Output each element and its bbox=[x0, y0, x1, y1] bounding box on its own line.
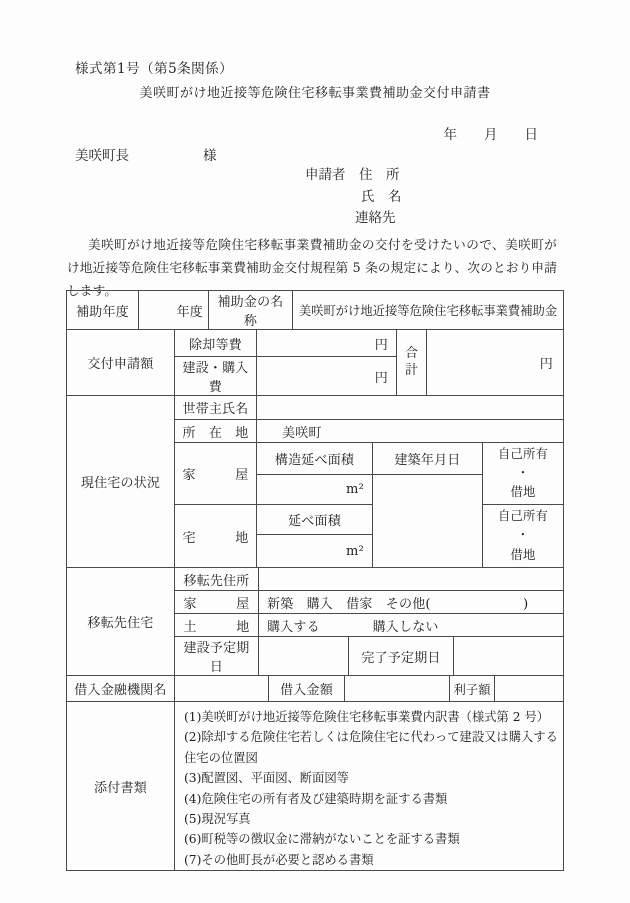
attachment-item: (6)町税等の徴収金に滞納がないことを証する書類 bbox=[184, 829, 561, 849]
attachments-content-cell: (1)美咲町がけ地近接等危険住宅移転事業費内訳書（様式第 2 号） (2)除却す… bbox=[175, 702, 564, 871]
relocation-land-options-cell: 購入する 購入しない bbox=[259, 614, 564, 637]
subsidy-year-label-cell: 補助年度 bbox=[67, 291, 139, 330]
total-label-cell: 合計 bbox=[397, 330, 427, 396]
build-date-label-cell: 建築年月日 bbox=[373, 443, 483, 475]
build-date-value-cell bbox=[373, 475, 483, 568]
application-amount-label-cell: 交付申請額 bbox=[67, 330, 175, 396]
attachment-item: (5)現況写真 bbox=[184, 809, 561, 829]
relocation-land-label-cell: 土 地 bbox=[175, 614, 259, 637]
attachment-item: (2)除却する危険住宅若しくは危険住宅に代わって建設又は購入する住宅の位置図 bbox=[184, 727, 561, 768]
applicant-contact-label: 連絡先 bbox=[355, 208, 402, 230]
application-amount-table: 交付申請額 除却等費 円 合計 円 建設・購入費 円 bbox=[66, 329, 564, 396]
applicant-address-label: 申請者 住 所 bbox=[305, 165, 402, 187]
form-number: 様式第1号（第5条関係） bbox=[75, 57, 233, 77]
completion-date-label-cell: 完了予定期日 bbox=[349, 637, 454, 676]
loan-amount-value-cell bbox=[345, 676, 450, 702]
location-label-cell: 所 在 地 bbox=[175, 420, 257, 443]
attachments-table: 添付書類 (1)美咲町がけ地近接等危険住宅移転事業費内訳書（様式第 2 号） (… bbox=[66, 701, 564, 871]
completion-date-value-cell bbox=[454, 637, 564, 676]
structure-area-value-cell: m² bbox=[257, 475, 373, 505]
applicant-name-label: 氏 名 bbox=[361, 187, 402, 209]
relocation-address-label-cell: 移転先住所 bbox=[175, 568, 259, 591]
total-label-vertical: 合計 bbox=[405, 346, 418, 379]
addressee-line: 美咲町長様 bbox=[75, 144, 217, 164]
householder-label-cell: 世帯主氏名 bbox=[175, 396, 257, 420]
date-line: 年 月 日 bbox=[444, 123, 539, 143]
removal-cost-label-cell: 除却等費 bbox=[175, 330, 257, 357]
relocation-label-cell: 移転先住宅 bbox=[67, 568, 175, 676]
loan-institution-value-cell bbox=[175, 676, 269, 702]
subsidy-name-value-cell: 美咲町がけ地近接等危険住宅移転事業費補助金 bbox=[293, 291, 564, 330]
attachments-label-cell: 添付書類 bbox=[67, 702, 175, 871]
total-value-cell: 円 bbox=[427, 330, 564, 396]
relocation-table: 移転先住宅 移転先住所 家 屋 新築 購入 借家 その他( ) 土 地 購入する… bbox=[66, 567, 564, 676]
subsidy-year-table: 補助年度 年度 補助金の名称 美咲町がけ地近接等危険住宅移転事業費補助金 bbox=[66, 290, 564, 330]
structure-area-label-cell: 構造延べ面積 bbox=[257, 443, 373, 475]
loan-amount-label-cell: 借入金額 bbox=[269, 676, 345, 702]
house-label-cell: 家 屋 bbox=[175, 443, 257, 505]
current-house-table: 現住宅の状況 世帯主氏名 所 在 地 美咲町 家 屋 構造延べ面積 建築年月日 … bbox=[66, 395, 564, 568]
document-title: 美咲町がけ地近接等危険住宅移転事業費補助金交付申請書 bbox=[0, 82, 630, 101]
construction-date-value-cell bbox=[259, 637, 349, 676]
addressee-honorific: 様 bbox=[203, 148, 217, 164]
house-ownership-cell: 自己所有 ・ 借地 bbox=[483, 443, 564, 505]
relocation-house-label-cell: 家 屋 bbox=[175, 591, 259, 614]
location-value-cell: 美咲町 bbox=[257, 420, 564, 443]
loan-interest-label-cell: 利子額 bbox=[450, 676, 495, 702]
addressee: 美咲町長 bbox=[75, 148, 129, 164]
application-table: 補助年度 年度 補助金の名称 美咲町がけ地近接等危険住宅移転事業費補助金 交付申… bbox=[66, 290, 564, 871]
attachment-item: (1)美咲町がけ地近接等危険住宅移転事業費内訳書（様式第 2 号） bbox=[184, 707, 561, 727]
applicant-block: 申請者 住 所 氏 名 連絡先 bbox=[305, 165, 402, 230]
householder-value-cell bbox=[257, 396, 564, 420]
construction-cost-label-cell: 建設・購入費 bbox=[175, 357, 257, 396]
current-house-label-cell: 現住宅の状況 bbox=[67, 396, 175, 568]
land-label-cell: 宅 地 bbox=[175, 505, 257, 568]
land-ownership-cell: 自己所有 ・ 借地 bbox=[483, 505, 564, 568]
application-form-page: 様式第1号（第5条関係） 美咲町がけ地近接等危険住宅移転事業費補助金交付申請書 … bbox=[0, 0, 630, 903]
attachment-item: (4)危険住宅の所有者及び建築時期を証する書類 bbox=[184, 789, 561, 809]
land-area-value-cell: m² bbox=[257, 535, 373, 568]
loan-interest-value-cell bbox=[495, 676, 564, 702]
relocation-address-value-cell bbox=[259, 568, 564, 591]
loan-table: 借入金融機関名 借入金額 利子額 bbox=[66, 675, 564, 702]
construction-cost-value-cell: 円 bbox=[257, 357, 397, 396]
removal-cost-value-cell: 円 bbox=[257, 330, 397, 357]
loan-institution-label-cell: 借入金融機関名 bbox=[67, 676, 175, 702]
land-area-label-cell: 延べ面積 bbox=[257, 505, 373, 535]
subsidy-name-label-cell: 補助金の名称 bbox=[209, 291, 293, 330]
attachment-item: (3)配置図、平面図、断面図等 bbox=[184, 768, 561, 788]
construction-date-label-cell: 建設予定期日 bbox=[175, 637, 259, 676]
subsidy-year-value-cell: 年度 bbox=[139, 291, 209, 330]
relocation-house-options-cell: 新築 購入 借家 その他( ) bbox=[259, 591, 564, 614]
attachment-item: (7)その他町長が必要と認める書類 bbox=[184, 850, 561, 870]
